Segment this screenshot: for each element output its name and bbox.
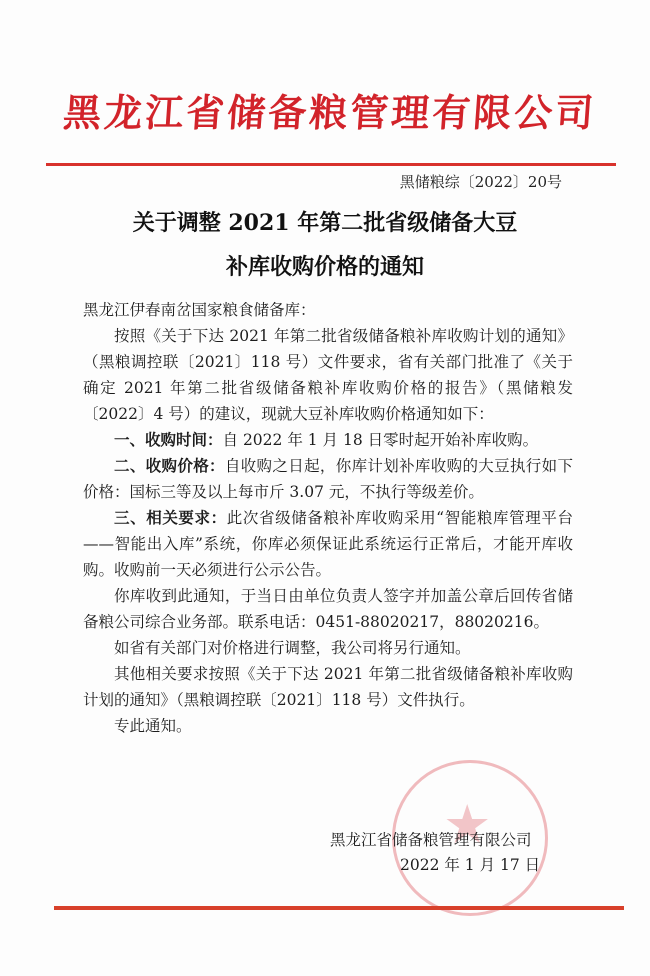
intro-paragraph: 按照《关于下达 2021 年第二批省级储备粮补库收购计划的通知》（黑粮调控联〔2… bbox=[83, 323, 573, 427]
section-purchase-price: 二、收购价格：自收购之日起，你库计划补库收购的大豆执行如下价格：国标三等及以上每… bbox=[83, 453, 573, 505]
footer-red-rule bbox=[54, 906, 624, 910]
document-title-line1: 关于调整 2021 年第二批省级储备大豆 bbox=[0, 206, 650, 237]
document-page: 黑龙江省储备粮管理有限公司 黑储粮综〔2022〕20号 关于调整 2021 年第… bbox=[0, 0, 650, 976]
signature-date: 2022 年 1 月 17 日 bbox=[400, 853, 540, 875]
document-body: 黑龙江伊春南岔国家粮食储备库： 按照《关于下达 2021 年第二批省级储备粮补库… bbox=[83, 297, 573, 739]
section-heading: 二、收购价格： bbox=[114, 457, 225, 475]
receipt-paragraph: 你库收到此通知，于当日由单位负责人签字并加盖公章后回传省储备粮公司综合业务部。联… bbox=[83, 583, 573, 635]
section-heading: 一、收购时间： bbox=[114, 431, 223, 449]
section-purchase-time: 一、收购时间：自 2022 年 1 月 18 日零时起开始补库收购。 bbox=[83, 427, 573, 453]
signature-organization: 黑龙江省储备粮管理有限公司 bbox=[330, 828, 532, 850]
adjust-paragraph: 如省有关部门对价格进行调整，我公司将另行通知。 bbox=[83, 635, 573, 661]
other-requirements-paragraph: 其他相关要求按照《关于下达 2021 年第二批省级储备粮补库收购计划的通知》（黑… bbox=[83, 661, 573, 713]
closing: 专此通知。 bbox=[83, 713, 573, 739]
document-number: 黑储粮综〔2022〕20号 bbox=[400, 171, 562, 192]
section-text: 自 2022 年 1 月 18 日零时起开始补库收购。 bbox=[223, 431, 539, 449]
section-heading: 三、相关要求： bbox=[114, 509, 227, 527]
document-title-line2: 补库收购价格的通知 bbox=[0, 250, 650, 281]
section-requirements: 三、相关要求：此次省级储备粮补库收购采用“智能粮库管理平台——智能出入库”系统，… bbox=[83, 505, 573, 583]
header-red-rule bbox=[46, 163, 616, 166]
recipient: 黑龙江伊春南岔国家粮食储备库： bbox=[83, 297, 573, 323]
masthead-organization: 黑龙江省储备粮管理有限公司 bbox=[58, 82, 602, 137]
